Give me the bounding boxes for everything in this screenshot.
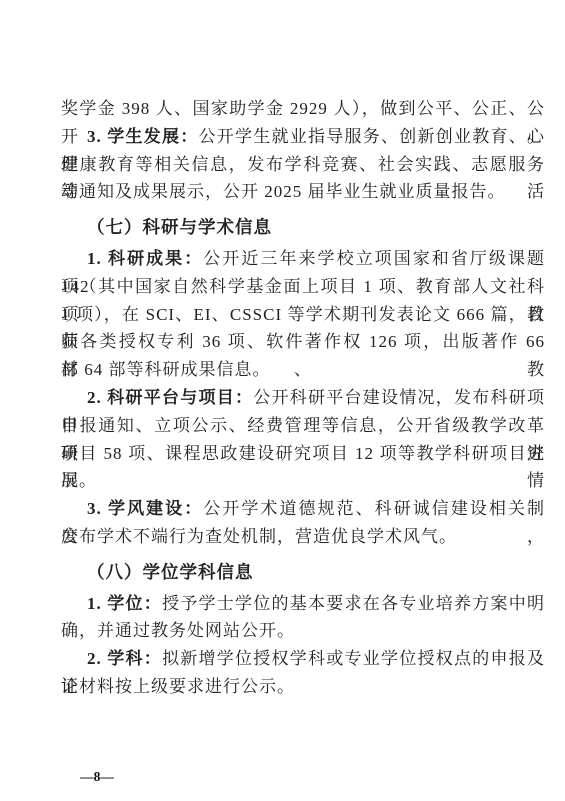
line-text: 公布学术不端行为查处机制，营造优良学术风气。 <box>61 527 457 546</box>
paragraph-label: 1. 学位： <box>87 594 162 613</box>
line-text: 项目 58 项、课程思政建设研究项目 12 项等教学科研项目进展情 <box>61 444 545 491</box>
line-text: 授予学士学位的基本要求在各专业培养方案中明 <box>162 594 545 613</box>
text-line: 项目 58 项、课程思政建设研究项目 12 项等教学科研项目进展情 <box>61 440 545 468</box>
text-line: 申报通知、立项公示、经费管理等信息，公开省级教学改革研究 <box>61 412 545 440</box>
paragraph-label: 1. 科研成果： <box>87 249 203 268</box>
line-text: 况。 <box>61 471 97 490</box>
paragraph-label: 3. 学风建设： <box>87 499 203 518</box>
text-line: 1. 科研成果：公开近三年来学校立项国家和省厅级课题 142 <box>61 245 545 273</box>
text-line: 健康教育等相关信息，发布学科竞赛、社会实践、志愿服务等活 <box>61 151 545 179</box>
text-line: 1 项），在 SCI、EI、CSSCI 等学术期刊发表论文 666 篇，教师 <box>61 301 545 329</box>
heading-text: （七）科研与学术信息 <box>87 217 272 237</box>
paragraph-label: 2. 科研平台与项目： <box>87 388 253 407</box>
heading-text: （八）学位学科信息 <box>87 562 254 582</box>
text-line: 确，并通过教务处网站公开。 <box>61 617 545 645</box>
paragraph-label: 2. 学科： <box>87 649 162 668</box>
text-line: 动通知及成果展示，公开 2025 届毕业生就业质量报告。 <box>61 178 545 206</box>
line-text: 确，并通过教务处网站公开。 <box>61 621 295 640</box>
line-text: 证材料按上级要求进行公示。 <box>61 677 295 696</box>
text-line: 获各类授权专利 36 项、软件著作权 126 项，出版著作 66 部、教 <box>61 328 545 356</box>
line-text: 动通知及成果展示，公开 2025 届毕业生就业质量报告。 <box>61 182 506 201</box>
text-line: 1. 学位：授予学士学位的基本要求在各专业培养方案中明 <box>61 590 545 618</box>
text-line: 项（其中国家自然科学基金面上项目 1 项、教育部人文社科项目 <box>61 273 545 301</box>
document-page: 奖学金 398 人、国家助学金 2929 人），做到公平、公正、公开。 3. 学… <box>0 0 565 801</box>
section-heading: （八）学位学科信息 <box>61 559 545 587</box>
text-line: 3. 学风建设：公开学术道德规范、科研诚信建设相关制度， <box>61 495 545 523</box>
paragraph-label: 3. 学生发展： <box>87 127 199 146</box>
text-line: 3. 学生发展：公开学生就业指导服务、创新创业教育、心理 <box>61 123 545 151</box>
text-line: 2. 科研平台与项目：公开科研平台建设情况，发布科研项目 <box>61 384 545 412</box>
text-line: 2. 学科：拟新增学位授权学科或专业学位授权点的申报及论 <box>61 645 545 673</box>
text-line: 证材料按上级要求进行公示。 <box>61 673 545 701</box>
line-text: 材 64 部等科研成果信息。 <box>61 360 271 379</box>
page-number: —8— <box>74 766 120 788</box>
text-line: 奖学金 398 人、国家助学金 2929 人），做到公平、公正、公开。 <box>61 95 545 123</box>
section-heading: （七）科研与学术信息 <box>61 214 545 242</box>
document-text-block: 奖学金 398 人、国家助学金 2929 人），做到公平、公正、公开。 3. 学… <box>61 95 545 701</box>
